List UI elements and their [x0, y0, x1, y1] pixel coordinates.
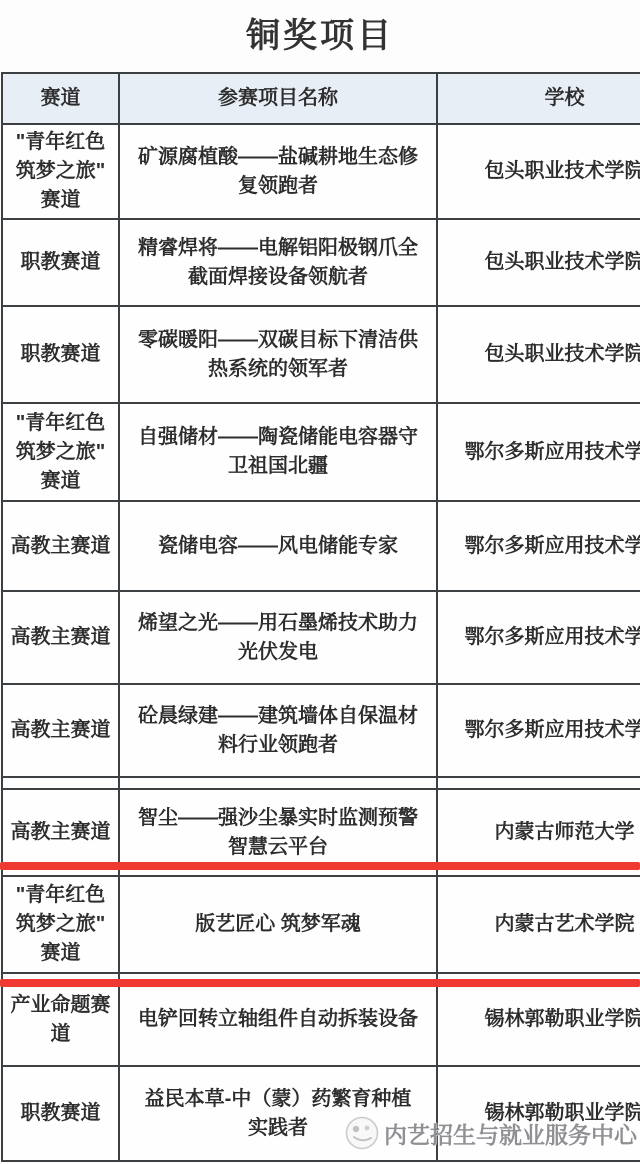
- red-underline-annotation-1: [0, 862, 640, 870]
- cell-project: 烯望之光——用石墨烯技术助力 光伏发电: [120, 592, 438, 683]
- cell-school: 锡林郭勒职业学院: [438, 974, 640, 1065]
- cell-track: 高教主赛道: [3, 592, 120, 683]
- watermark-text: 内艺招生与就业服务中心: [384, 1117, 637, 1150]
- cell-school: 鄂尔多斯应用技术学院: [438, 502, 640, 590]
- watermark-logo-icon: [345, 1116, 379, 1150]
- cell-school: 鄂尔多斯应用技术学院: [438, 685, 640, 776]
- cell-track: 职教赛道: [3, 1067, 120, 1160]
- cell-track: 高教主赛道: [3, 685, 120, 776]
- table-row: "青年红色 筑梦之旅" 赛道矿源腐植酸——盐碱耕地生态修 复领跑者包头职业技术学…: [3, 125, 640, 220]
- table-row: "青年红色 筑梦之旅" 赛道自强储材——陶瓷储能电容器守 卫祖国北疆鄂尔多斯应用…: [3, 404, 640, 502]
- cell-track: "青年红色 筑梦之旅" 赛道: [3, 125, 120, 218]
- cell-school: 鄂尔多斯应用技术学院: [438, 404, 640, 500]
- table-row: 高教主赛道烯望之光——用石墨烯技术助力 光伏发电鄂尔多斯应用技术学院: [3, 592, 640, 685]
- page-title: 铜奖项目: [0, 8, 640, 57]
- table-row: 高教主赛道瓷储电容——风电储能专家鄂尔多斯应用技术学院: [3, 502, 640, 592]
- bronze-award-table: 赛道 参赛项目名称 学校 "青年红色 筑梦之旅" 赛道矿源腐植酸——盐碱耕地生态…: [1, 72, 640, 1162]
- header-project: 参赛项目名称: [120, 74, 438, 123]
- red-underline-annotation-2: [0, 979, 640, 987]
- cell-project: 电铲回转立轴组件自动拆装设备: [120, 974, 438, 1065]
- cell-project: 零碳暖阳——双碳目标下清洁供 热系统的领军者: [120, 307, 438, 402]
- cell-track: 高教主赛道: [3, 502, 120, 590]
- cell-track: "青年红色 筑梦之旅" 赛道: [3, 877, 120, 972]
- cell-project: 瓷储电容——风电储能专家: [120, 502, 438, 590]
- header-track: 赛道: [3, 74, 120, 123]
- cell-school: 内蒙古艺术学院: [438, 877, 640, 972]
- cell-school: 包头职业技术学院: [438, 125, 640, 218]
- cell-project: 矿源腐植酸——盐碱耕地生态修 复领跑者: [120, 125, 438, 218]
- watermark: 内艺招生与就业服务中心: [345, 1116, 637, 1150]
- cell-project: 版艺匠心 筑梦军魂: [120, 877, 438, 972]
- cell-project: 精睿焊将——电解铝阳极钢爪全 截面焊接设备领航者: [120, 220, 438, 305]
- cell-school: 鄂尔多斯应用技术学院: [438, 592, 640, 683]
- cell-track: 职教赛道: [3, 220, 120, 305]
- cell-school: 包头职业技术学院: [438, 220, 640, 305]
- cell-track: 职教赛道: [3, 307, 120, 402]
- table-body: "青年红色 筑梦之旅" 赛道矿源腐植酸——盐碱耕地生态修 复领跑者包头职业技术学…: [3, 125, 640, 1162]
- cell-project: 砼晨绿建——建筑墙体自保温材 料行业领跑者: [120, 685, 438, 776]
- header-school: 学校: [438, 74, 640, 123]
- table-row: 职教赛道精睿焊将——电解铝阳极钢爪全 截面焊接设备领航者包头职业技术学院: [3, 220, 640, 307]
- cell-track: "青年红色 筑梦之旅" 赛道: [3, 404, 120, 500]
- table-section-gap: [3, 778, 640, 790]
- table-row: 职教赛道零碳暖阳——双碳目标下清洁供 热系统的领军者包头职业技术学院: [3, 307, 640, 404]
- table-row: 高教主赛道砼晨绿建——建筑墙体自保温材 料行业领跑者鄂尔多斯应用技术学院: [3, 685, 640, 778]
- document-page: 铜奖项目 赛道 参赛项目名称 学校 "青年红色 筑梦之旅" 赛道矿源腐植酸——盐…: [0, 0, 640, 1164]
- cell-school: 包头职业技术学院: [438, 307, 640, 402]
- table-header-row: 赛道 参赛项目名称 学校: [3, 74, 640, 125]
- cell-project: 自强储材——陶瓷储能电容器守 卫祖国北疆: [120, 404, 438, 500]
- cell-track: 产业命题赛 道: [3, 974, 120, 1065]
- table-row: "青年红色 筑梦之旅" 赛道版艺匠心 筑梦军魂内蒙古艺术学院: [3, 877, 640, 974]
- table-row: 产业命题赛 道电铲回转立轴组件自动拆装设备锡林郭勒职业学院: [3, 974, 640, 1067]
